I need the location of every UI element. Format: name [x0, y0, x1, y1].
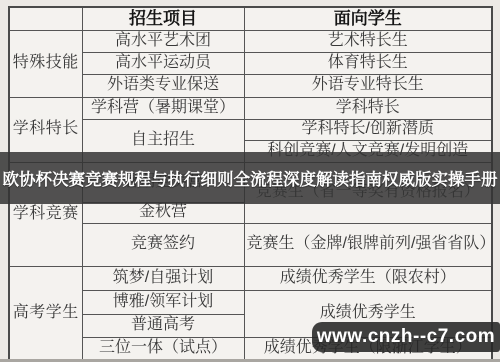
watermark-text: www.cnzh--c7.com: [317, 326, 495, 348]
cell-project: 博雅/领军计划: [82, 290, 244, 314]
cell-project: 学科营（暑期课堂）: [82, 97, 244, 119]
cell-project: 普通高考: [82, 314, 244, 337]
cell-student: 成绩优秀学生（限农村）: [244, 266, 492, 290]
table-header-row: 招生项目 面向学生: [9, 7, 492, 30]
cell-project: 竞赛签约: [82, 223, 244, 266]
cell-student: 竞赛生（金牌/银牌前列/强省省队）: [244, 223, 492, 266]
header-cell-project: 招生项目: [82, 7, 244, 30]
cell-project: 筑梦/自强计划: [82, 266, 244, 290]
table-row: 博雅/领军计划 成绩优秀学生: [9, 290, 492, 314]
cell-student: 学科特长: [244, 97, 492, 119]
cell-project: 三位一体（试点）: [82, 337, 244, 360]
cell-student: 艺术特长生: [244, 30, 492, 52]
cell-project: 金秋营: [82, 202, 244, 223]
cell-student: 学科特长/创新潜质: [244, 119, 492, 140]
header-cell-group: [9, 7, 82, 30]
title-banner-text: 欧协杯决赛竞赛规程与执行细则全流程深度解读指南权威版实操手册: [3, 166, 498, 190]
cell-student: 体育特长生: [244, 52, 492, 74]
group-label-special-skills: 特殊技能: [9, 30, 82, 97]
table-row: 特殊技能 高水平艺术团 艺术特长生: [9, 30, 492, 52]
table-row: 高考学生 筑梦/自强计划 成绩优秀学生（限农村）: [9, 266, 492, 290]
cell-project: 外语类专业保送: [82, 74, 244, 97]
watermark-badge: www.cnzh--c7.com: [312, 322, 500, 352]
table-row: 学科特长 学科营（暑期课堂） 学科特长: [9, 97, 492, 119]
table-row: 竞赛签约 竞赛生（金牌/银牌前列/强省省队）: [9, 223, 492, 266]
table-row: 自主招生 学科特长/创新潜质: [9, 119, 492, 140]
title-banner-overlay: 欧协杯决赛竞赛规程与执行细则全流程深度解读指南权威版实操手册: [0, 152, 500, 204]
header-cell-student: 面向学生: [244, 7, 492, 30]
group-label-gaokao-students: 高考学生: [9, 266, 82, 360]
screenshot-root: 招生项目 面向学生 特殊技能 高水平艺术团 艺术特长生 高水平运动员 体育特长生…: [0, 0, 500, 362]
table-row: 高水平运动员 体育特长生: [9, 52, 492, 74]
cell-project: 高水平运动员: [82, 52, 244, 74]
cell-project: 高水平艺术团: [82, 30, 244, 52]
cell-student: 外语专业特长生: [244, 74, 492, 97]
table-row: 外语类专业保送 外语专业特长生: [9, 74, 492, 97]
